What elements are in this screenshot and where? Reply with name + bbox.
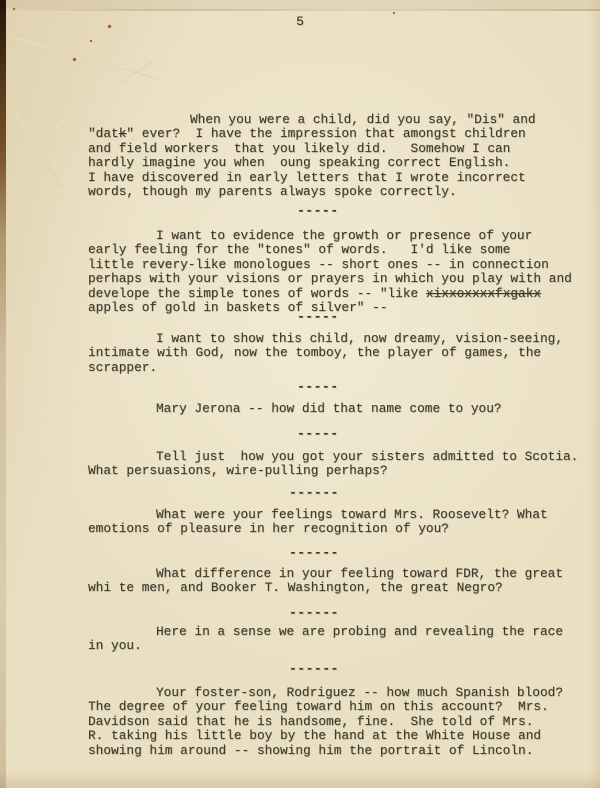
text-line: I have discovered in early letters that … xyxy=(88,171,574,185)
text-line: The degree of your feeling toward him on… xyxy=(88,700,574,714)
typewritten-paragraph: Here in a sense we are probing and revea… xyxy=(88,625,574,654)
paper-top-band xyxy=(0,0,600,9)
paper-left-edge-shadow xyxy=(0,0,6,788)
section-divider: ------ xyxy=(289,486,339,500)
struck-text: xixxoxxxxfxgakx xyxy=(426,286,541,301)
page-number: 5 xyxy=(0,15,600,29)
typewritten-paragraph: When you were a child, did you say, "Dis… xyxy=(88,113,574,199)
text-line: hardly imagine you when oung speaking co… xyxy=(88,156,574,170)
section-divider: ----- xyxy=(297,427,339,441)
typewritten-paragraph: What difference in your feeling toward F… xyxy=(88,567,574,596)
text-line: "datk" ever? I have the impression that … xyxy=(88,127,574,141)
text-segment: develope the simple tones of words -- "l… xyxy=(88,286,426,301)
text-line: scrapper. xyxy=(88,361,574,375)
section-divider: ------ xyxy=(289,546,339,560)
text-line: What were your feelings toward Mrs. Roos… xyxy=(88,508,574,522)
text-line: words, though my parents always spoke co… xyxy=(88,185,574,199)
text-line: showing him around -- showing him the po… xyxy=(88,744,574,758)
text-line: I want to show this child, now dreamy, v… xyxy=(88,332,574,346)
text-line: Davidson said that he is handsome, fine.… xyxy=(88,715,574,729)
text-line: emotions of pleasure in her recognition … xyxy=(88,522,574,536)
text-line: Tell just how you got your sisters admit… xyxy=(88,450,574,464)
text-line: intimate with God, now the tomboy, the p… xyxy=(88,346,574,360)
foxing-dot xyxy=(393,12,395,14)
foxing-dot xyxy=(13,8,15,10)
text-segment: "dat xyxy=(88,126,119,141)
section-divider: ----- xyxy=(297,380,339,394)
section-divider: ------ xyxy=(289,606,339,620)
text-line: in you. xyxy=(88,639,574,653)
typewritten-paragraph: Mary Jerona -- how did that name come to… xyxy=(88,402,574,416)
text-segment: " ever? I have the impression that among… xyxy=(126,126,525,141)
text-line: What difference in your feeling toward F… xyxy=(88,567,574,581)
text-line: and field workers that you likely did. S… xyxy=(88,142,574,156)
typewritten-paragraph: What were your feelings toward Mrs. Roos… xyxy=(88,508,574,537)
text-line: perhaps with your visions or prayers in … xyxy=(88,272,574,286)
section-divider: ----- xyxy=(297,204,339,218)
paper-crease xyxy=(15,37,159,79)
text-line: develope the simple tones of words -- "l… xyxy=(88,287,574,301)
section-divider: ----- xyxy=(297,310,339,324)
paper-top-edge xyxy=(0,9,600,11)
paper-crease xyxy=(15,112,64,189)
text-line: little revery-like monologues -- short o… xyxy=(88,258,574,272)
text-line: Mary Jerona -- how did that name come to… xyxy=(88,402,574,416)
text-line: whi te men, and Booker T. Washington, th… xyxy=(88,581,574,595)
text-line: Here in a sense we are probing and revea… xyxy=(88,625,574,639)
text-line: I want to evidence the growth or presenc… xyxy=(88,229,574,243)
text-line: R. taking his little boy by the hand at … xyxy=(88,729,574,743)
foxing-dot xyxy=(90,40,92,42)
typewritten-page: { "content": { "page_number": "5", "sepa… xyxy=(0,0,600,788)
foxing-dot xyxy=(73,58,76,61)
text-line: early feeling for the "tones" of words. … xyxy=(88,243,574,257)
typewritten-paragraph: I want to show this child, now dreamy, v… xyxy=(88,332,574,375)
typewritten-paragraph: I want to evidence the growth or presenc… xyxy=(88,229,574,315)
text-line: When you were a child, did you say, "Dis… xyxy=(88,113,574,127)
text-line: What persuasions, wire-pulling perhaps? xyxy=(88,464,574,478)
section-divider: ------ xyxy=(289,662,339,676)
text-line: Your foster-son, Rodriguez -- how much S… xyxy=(88,686,574,700)
typewritten-paragraph: Tell just how you got your sisters admit… xyxy=(88,450,574,479)
typewritten-paragraph: Your foster-son, Rodriguez -- how much S… xyxy=(88,686,574,758)
